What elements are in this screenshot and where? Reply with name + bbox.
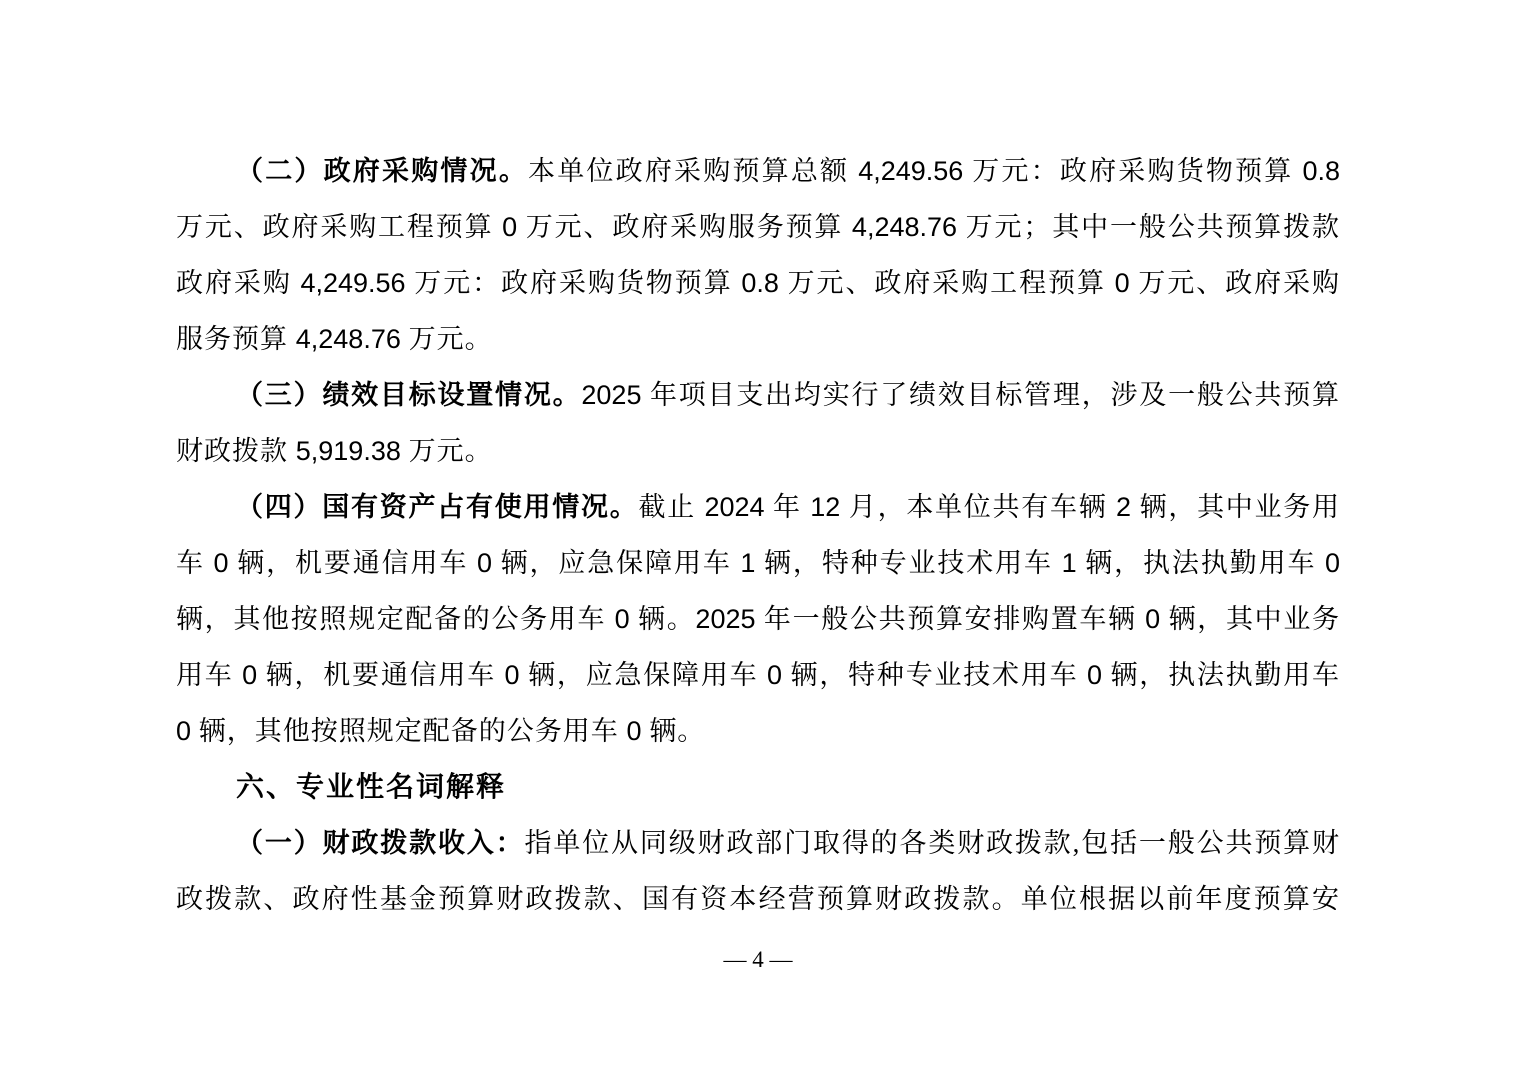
text-line-5: （三）绩效目标设置情况。2025 年项目支出均实行了绩效目标管理，涉及一般公共预… [176,367,1340,423]
numeric-value: 0 [1087,660,1102,690]
numeric-value: 0 [477,548,492,578]
page-footer: — 4 — [176,932,1340,988]
paragraph-lead: （三）绩效目标设置情况。 [236,380,581,410]
text-line-13: （一）财政拨款收入：指单位从同级财政部门取得的各类财政拨款,包括一般公共预算财 [176,815,1340,871]
numeric-value: 0 [1115,268,1130,298]
numeric-value: 1 [740,548,755,578]
text-line-3: 政府采购 4,249.56 万元：政府采购货物预算 0.8 万元、政府采购工程预… [176,255,1340,311]
text-line-4: 服务预算 4,248.76 万元。 [176,311,1340,367]
numeric-value: 2025 [581,380,641,410]
numeric-value: 2024 [704,492,764,522]
numeric-value: 2 [1116,492,1131,522]
numeric-value: 4,248.76 [296,324,401,354]
numeric-value: 0 [1145,604,1160,634]
numeric-value: 4,248.76 [852,212,957,242]
numeric-value: 0 [242,660,257,690]
paragraph-lead: （二）政府采购情况。 [236,156,528,186]
numeric-value: 0.8 [741,268,779,298]
numeric-value: 0 [767,660,782,690]
paragraph-lead: （一）财政拨款收入： [236,828,525,858]
numeric-value: 0 [1325,548,1340,578]
document-body: （二）政府采购情况。本单位政府采购预算总额 4,249.56 万元：政府采购货物… [176,143,1340,927]
paragraph-lead: （四）国有资产占有使用情况。 [236,492,638,522]
numeric-value: 0.8 [1302,156,1340,186]
numeric-value: 2025 [695,604,755,634]
text-line-1: （二）政府采购情况。本单位政府采购预算总额 4,249.56 万元：政府采购货物… [176,143,1340,199]
text-line-11: 0 辆，其他按照规定配备的公务用车 0 辆。 [176,703,1340,759]
numeric-value: 0 [627,716,642,746]
document-page: （二）政府采购情况。本单位政府采购预算总额 4,249.56 万元：政府采购货物… [0,0,1520,1074]
text-line-2: 万元、政府采购工程预算 0 万元、政府采购服务预算 4,248.76 万元；其中… [176,199,1340,255]
text-line-8: 车 0 辆，机要通信用车 0 辆，应急保障用车 1 辆，特种专业技术用车 1 辆… [176,535,1340,591]
numeric-value: 0 [176,716,191,746]
numeric-value: 4,249.56 [858,156,963,186]
text-line-9: 辆，其他按照规定配备的公务用车 0 辆。2025 年一般公共预算安排购置车辆 0… [176,591,1340,647]
numeric-value: 0 [505,660,520,690]
numeric-value: 0 [502,212,517,242]
page-number: — 4 — [724,947,793,972]
numeric-value: 0 [214,548,229,578]
text-line-14: 政拨款、政府性基金预算财政拨款、国有资本经营预算财政拨款。单位根据以前年度预算安 [176,871,1340,927]
text-line-6: 财政拨款 5,919.38 万元。 [176,423,1340,479]
text-line-7: （四）国有资产占有使用情况。截止 2024 年 12 月，本单位共有车辆 2 辆… [176,479,1340,535]
section-heading: 六、专业性名词解释 [176,759,1340,815]
numeric-value: 4,249.56 [300,268,405,298]
numeric-value: 5,919.38 [296,436,401,466]
numeric-value: 12 [810,492,840,522]
numeric-value: 1 [1062,548,1077,578]
text-line-10: 用车 0 辆，机要通信用车 0 辆，应急保障用车 0 辆，特种专业技术用车 0 … [176,647,1340,703]
numeric-value: 0 [615,604,630,634]
